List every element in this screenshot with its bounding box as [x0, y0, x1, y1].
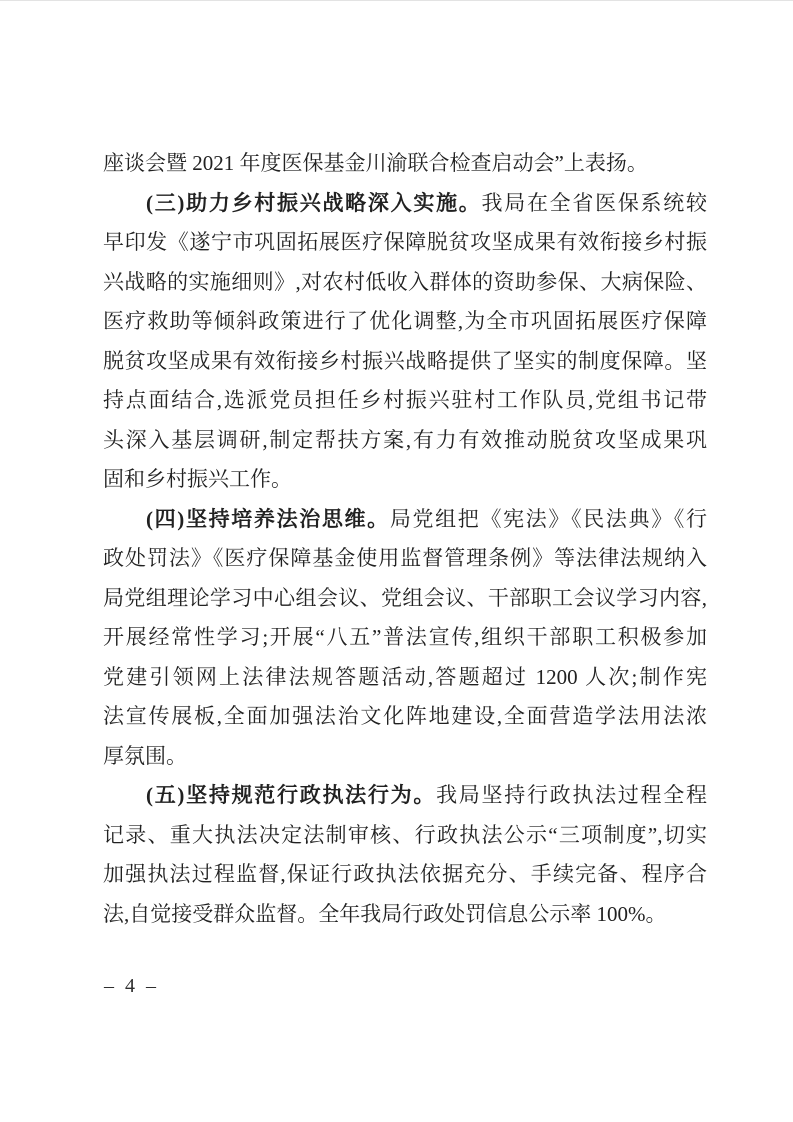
document-line: (五)坚持规范行政执法行为。我局坚持行政执法过程全程: [103, 776, 707, 816]
document-line: 持点面结合,选派党员担任乡村振兴驻村工作队员,党组书记带: [103, 381, 707, 421]
body-text: 党建引领网上法律法规答题活动,答题超过 1200 人次;制作宪: [103, 665, 707, 689]
body-text: 开展经常性学习;开展“八五”普法宣传,组织干部职工积极参加: [103, 625, 707, 649]
document-body: 座谈会暨 2021 年度医保基金川渝联合检查启动会”上表扬。(三)助力乡村振兴战…: [103, 144, 707, 934]
document-line: 加强执法过程监督,保证行政执法依据充分、手续完备、程序合: [103, 855, 707, 895]
body-text: 医疗救助等倾斜政策进行了优化调整,为全市巩固拓展医疗保障: [103, 309, 707, 333]
scan-edge-line: [0, 0, 793, 1]
document-line: 开展经常性学习;开展“八五”普法宣传,组织干部职工积极参加: [103, 618, 707, 658]
document-line: (三)助力乡村振兴战略深入实施。我局在全省医保系统较: [103, 184, 707, 224]
body-text: 记录、重大执法决定法制审核、行政执法公示“三项制度”,切实: [103, 823, 707, 847]
document-line: 法宣传展板,全面加强法治文化阵地建设,全面营造学法用法浓: [103, 697, 707, 737]
document-line: 兴战略的实施细则》,对农村低收入群体的资助参保、大病保险、: [103, 263, 707, 303]
document-line: 固和乡村振兴工作。: [103, 460, 707, 500]
body-text: 政处罚法》《医疗保障基金使用监督管理条例》等法律法规纳入: [103, 546, 707, 570]
document-line: 记录、重大执法决定法制审核、行政执法公示“三项制度”,切实: [103, 816, 707, 856]
body-text: 头深入基层调研,制定帮扶方案,有力有效推动脱贫攻坚成果巩: [103, 428, 707, 452]
section-heading-text: (五)坚持规范行政执法行为。: [146, 783, 436, 807]
document-line: 脱贫攻坚成果有效衔接乡村振兴战略提供了坚实的制度保障。坚: [103, 342, 707, 382]
body-text: 座谈会暨 2021 年度医保基金川渝联合检查启动会”上表扬。: [103, 151, 648, 175]
body-text: 早印发《遂宁市巩固拓展医疗保障脱贫攻坚成果有效衔接乡村振: [103, 230, 707, 254]
document-line: (四)坚持培养法治思维。局党组把《宪法》《民法典》《行: [103, 500, 707, 540]
document-line: 早印发《遂宁市巩固拓展医疗保障脱贫攻坚成果有效衔接乡村振: [103, 223, 707, 263]
body-text: 我局在全省医保系统较: [482, 191, 707, 215]
section-heading-text: (四)坚持培养法治思维。: [146, 507, 390, 531]
document-line: 医疗救助等倾斜政策进行了优化调整,为全市巩固拓展医疗保障: [103, 302, 707, 342]
body-text: 固和乡村振兴工作。: [103, 467, 292, 491]
document-line: 法,自觉接受群众监督。全年我局行政处罚信息公示率 100%。: [103, 895, 707, 935]
document-line: 党建引领网上法律法规答题活动,答题超过 1200 人次;制作宪: [103, 658, 707, 698]
body-text: 持点面结合,选派党员担任乡村振兴驻村工作队员,党组书记带: [103, 388, 707, 412]
body-text: 局党组把《宪法》《民法典》《行: [390, 507, 707, 531]
body-text: 法宣传展板,全面加强法治文化阵地建设,全面营造学法用法浓: [103, 704, 707, 728]
section-heading-text: (三)助力乡村振兴战略深入实施。: [146, 191, 482, 215]
document-line: 政处罚法》《医疗保障基金使用监督管理条例》等法律法规纳入: [103, 539, 707, 579]
body-text: 兴战略的实施细则》,对农村低收入群体的资助参保、大病保险、: [103, 270, 707, 294]
page-number: – 4 –: [104, 975, 159, 998]
document-line: 座谈会暨 2021 年度医保基金川渝联合检查启动会”上表扬。: [103, 144, 707, 184]
body-text: 加强执法过程监督,保证行政执法依据充分、手续完备、程序合: [103, 862, 707, 886]
body-text: 局党组理论学习中心组会议、党组会议、干部职工会议学习内容,: [103, 586, 707, 610]
body-text: 厚氛围。: [103, 744, 187, 768]
document-line: 厚氛围。: [103, 737, 707, 777]
body-text: 我局坚持行政执法过程全程: [436, 783, 707, 807]
document-line: 局党组理论学习中心组会议、党组会议、干部职工会议学习内容,: [103, 579, 707, 619]
body-text: 脱贫攻坚成果有效衔接乡村振兴战略提供了坚实的制度保障。坚: [103, 349, 707, 373]
document-line: 头深入基层调研,制定帮扶方案,有力有效推动脱贫攻坚成果巩: [103, 421, 707, 461]
body-text: 法,自觉接受群众监督。全年我局行政处罚信息公示率 100%。: [103, 902, 667, 926]
